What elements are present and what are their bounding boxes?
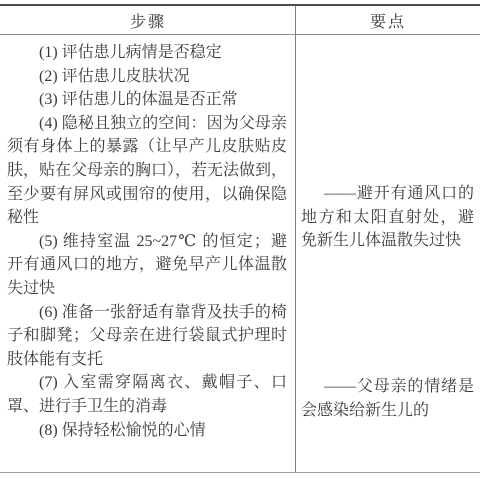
step-item-8: (8) 保持轻松愉悦的心情	[7, 419, 287, 443]
step-item-6: (6) 准备一张舒适有靠背及扶手的椅子和脚凳；父母亲在进行袋鼠式护理时肢体能有支…	[7, 301, 287, 372]
table-header-row: 步骤 要点	[0, 6, 480, 34]
column-header-steps: 步骤	[0, 6, 296, 34]
column-header-notes: 要点	[296, 6, 480, 34]
note-item-1: ——避开有通风口的地方和太阳直射处，避免新生儿体温散失过快	[301, 182, 474, 253]
table-page: 步骤 要点 (1) 评估患儿病情是否稳定 (2) 评估患儿皮肤状况 (3) 评估…	[0, 0, 480, 479]
table-bottom-border	[0, 472, 480, 473]
steps-column: (1) 评估患儿病情是否稳定 (2) 评估患儿皮肤状况 (3) 评估患儿的体温是…	[0, 34, 296, 472]
step-item-7: (7) 入室需穿隔离衣、戴帽子、口罩、进行手卫生的消毒	[7, 371, 287, 418]
step-item-3: (3) 评估患儿的体温是否正常	[7, 88, 287, 112]
notes-column: ——避开有通风口的地方和太阳直射处，避免新生儿体温散失过快 ——父母亲的情绪是会…	[296, 34, 480, 472]
step-item-1: (1) 评估患儿病情是否稳定	[7, 41, 287, 65]
note-item-2: ——父母亲的情绪是会感染给新生儿的	[301, 375, 474, 422]
step-item-2: (2) 评估患儿皮肤状况	[7, 65, 287, 89]
step-item-5: (5) 维持室温 25~27℃ 的恒定；避开有通风口的地方，避免早产儿体温散失过…	[7, 230, 287, 301]
step-item-4: (4) 隐秘且独立的空间：因为父母亲须有身体上的暴露（让早产儿皮肤贴皮肤，贴在父…	[7, 112, 287, 230]
